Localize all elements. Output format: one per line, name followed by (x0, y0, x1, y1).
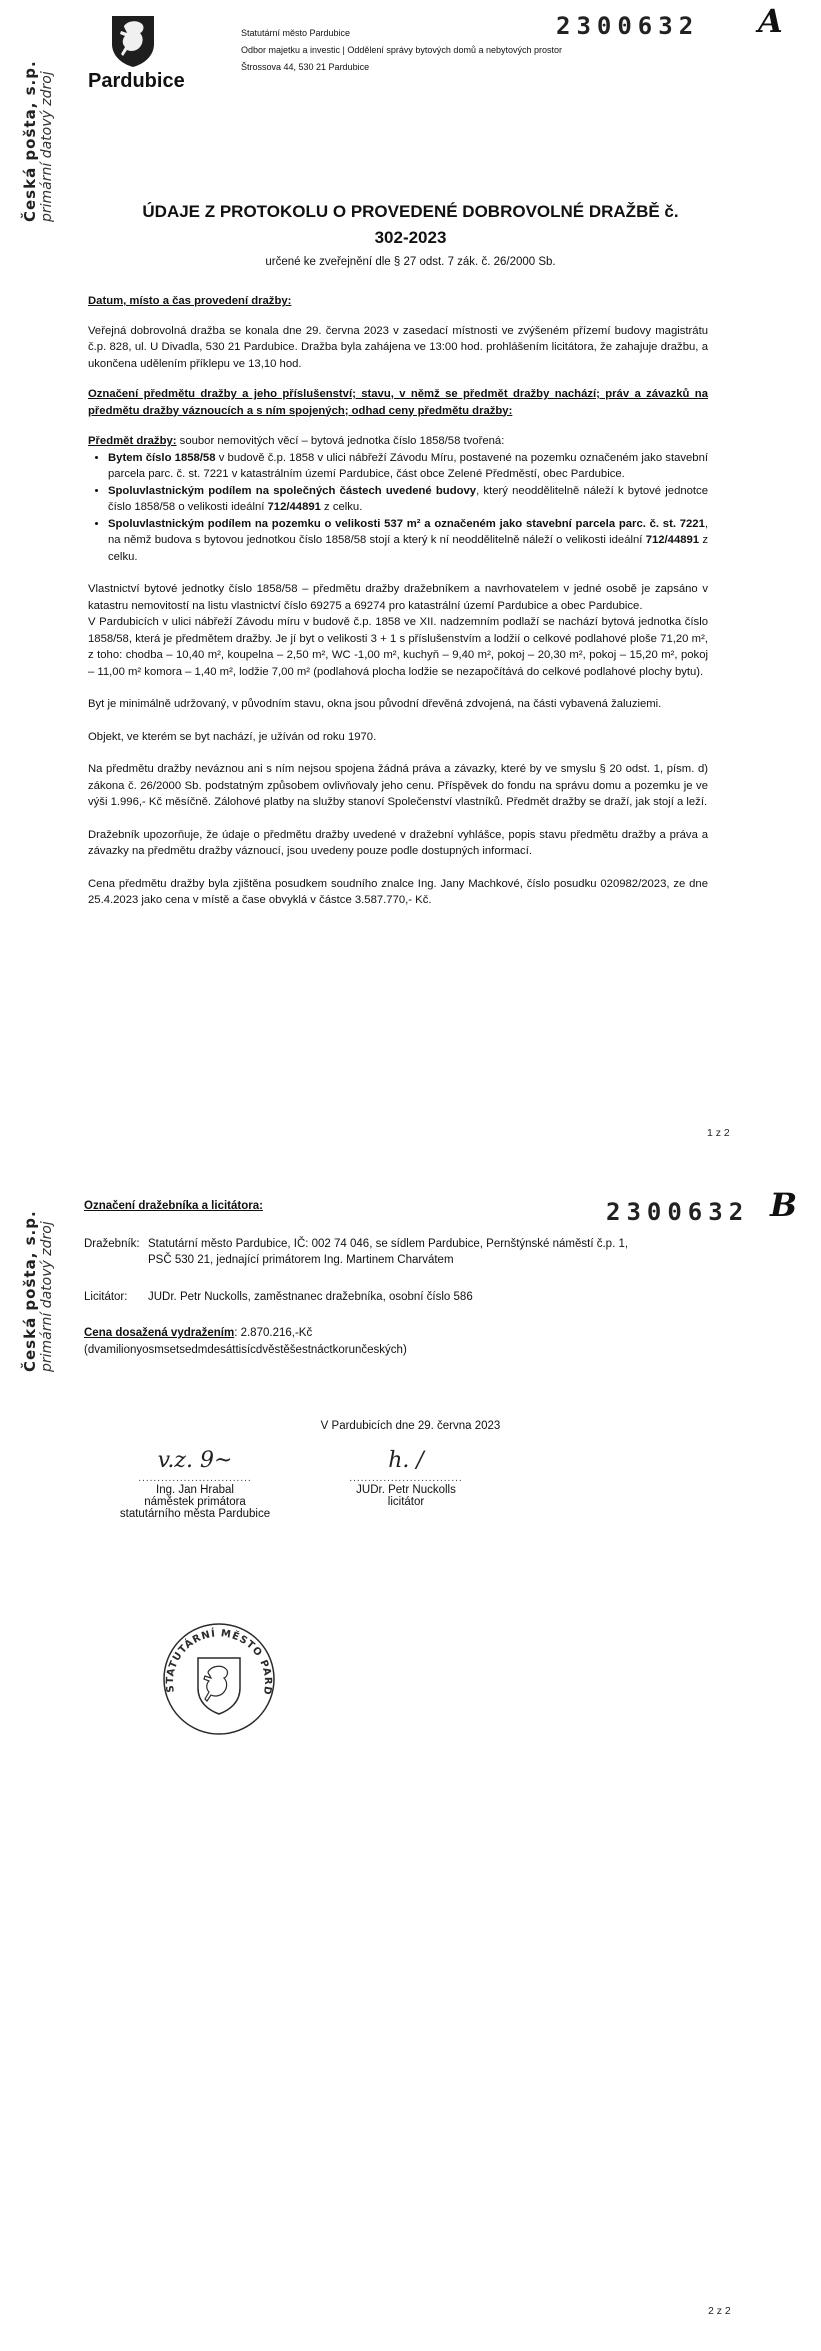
condition-paragraph: Byt je minimálně udržovaný, v původním s… (88, 696, 708, 713)
ceska-posta-stamp-2: Česká pošta, s.p. primární datový zdroj (22, 1210, 55, 1372)
stamp-line1: Česká pošta, s.p. (22, 1210, 39, 1372)
signer-role: licitátor (316, 1496, 496, 1508)
page-title-number: 302-2023 (0, 228, 821, 248)
licitator-label: Licitátor: (84, 1289, 148, 1306)
licitator-row: Licitátor: JUDr. Petr Nuckolls, zaměstna… (84, 1289, 744, 1306)
org-info: Statutární město Pardubice Odbor majetku… (241, 25, 562, 76)
stamp-line2: primární datový zdroj (39, 1210, 55, 1372)
signature-hrabal: v.z. 9~ (85, 1448, 305, 1473)
price-paragraph: Cena předmětu dražby byla zjištěna posud… (88, 876, 708, 909)
logo-text: Pardubice (88, 70, 185, 93)
page-title: ÚDAJE Z PROTOKOLU O PROVEDENÉ DOBROVOLNÉ… (0, 202, 821, 222)
section-heading-date: Datum, místo a čas provedení dražby: (88, 293, 708, 310)
stamp-line1: Česká pošta, s.p. (22, 60, 39, 222)
signature-block-hrabal: v.z. 9~ .............................. I… (85, 1448, 305, 1520)
subject-list: Bytem číslo 1858/58 v budově č.p. 1858 v… (88, 450, 708, 566)
signer-role: náměstek primátora (85, 1496, 305, 1508)
page2-content: Označení dražebníka a licitátora: Dražeb… (84, 1198, 744, 1358)
page-letter-b: B (770, 1186, 797, 1224)
signature-block-nuckolls: h. / .............................. JUDr… (316, 1448, 496, 1508)
org-department: Odbor majetku a investic | Oddělení sprá… (241, 42, 562, 59)
subject-paragraph: Předmět dražby: soubor nemovitých věcí –… (88, 433, 708, 450)
auctioneer-line1: Statutární město Pardubice, IČ: 002 74 0… (148, 1236, 628, 1253)
document-number: 2300632 (556, 12, 699, 40)
location-paragraph: V Pardubicích v ulici nábřeží Závodu mír… (88, 614, 708, 680)
rights-paragraph: Na předmětu dražby neváznou ani s ním ne… (88, 761, 708, 811)
horse-shield-icon (110, 14, 156, 68)
object-paragraph: Objekt, ve kterém se byt nachází, je uží… (88, 729, 708, 746)
section-text-date: Veřejná dobrovolná dražba se konala dne … (88, 323, 708, 373)
page1-content: Datum, místo a čas provedení dražby: Veř… (88, 293, 708, 909)
achieved-price: Cena dosažená vydražením: 2.870.216,-Kč (84, 1325, 744, 1342)
licitator-text: JUDr. Petr Nuckolls, zaměstnanec dražebn… (148, 1289, 473, 1306)
signer-name: JUDr. Petr Nuckolls (316, 1484, 496, 1496)
auctioneer-label: Dražebník: (84, 1236, 148, 1269)
signature-line: .............................. (85, 1473, 305, 1484)
subject-text: soubor nemovitých věcí – bytová jednotka… (177, 435, 505, 447)
ceska-posta-stamp: Česká pošta, s.p. primární datový zdroj (22, 60, 55, 222)
ownership-paragraph: Vlastnictví bytové jednotky číslo 1858/5… (88, 581, 708, 614)
achieved-price-value: : 2.870.216,-Kč (234, 1327, 312, 1339)
page-number-2: 2 z 2 (708, 2305, 731, 2317)
org-address: Štrossova 44, 530 21 Pardubice (241, 59, 562, 76)
signature-line: .............................. (316, 1473, 496, 1484)
section-heading-subject: Označení předmětu dražby a jeho přísluše… (88, 386, 708, 419)
auctioneer-line2: PSČ 530 21, jednající primátorem Ing. Ma… (148, 1252, 628, 1269)
signer-role-2: statutárního města Pardubice (85, 1508, 305, 1520)
section-heading-auctioneer: Označení dražebníka a licitátora: (84, 1198, 744, 1215)
achieved-price-words: (dvamilionyosmsetsedmdesáttisícdvěstěšes… (84, 1342, 744, 1359)
stamp-line2: primární datový zdroj (39, 60, 55, 222)
notice-paragraph: Dražebník upozorňuje, že údaje o předmět… (88, 827, 708, 860)
page-number-1: 1 z 2 (707, 1127, 730, 1139)
list-item: Bytem číslo 1858/58 v budově č.p. 1858 v… (108, 450, 708, 483)
page-letter-a: A (758, 2, 783, 40)
org-name: Statutární město Pardubice (241, 25, 562, 42)
signer-name: Ing. Jan Hrabal (85, 1484, 305, 1496)
city-seal-icon: STATUTÁRNÍ MĚSTO PARDUBICE (160, 1620, 278, 1738)
subject-label: Předmět dražby: (88, 435, 177, 447)
list-item: Spoluvlastnickým podílem na společných č… (108, 483, 708, 516)
place-date: V Pardubicích dne 29. června 2023 (0, 1420, 821, 1432)
signature-nuckolls: h. / (316, 1448, 496, 1473)
auctioneer-row: Dražebník: Statutární město Pardubice, I… (84, 1236, 744, 1269)
list-item: Spoluvlastnickým podílem na pozemku o ve… (108, 516, 708, 566)
page-subtitle: určené ke zveřejnění dle § 27 odst. 7 zá… (0, 256, 821, 268)
achieved-price-label: Cena dosažená vydražením (84, 1327, 234, 1339)
